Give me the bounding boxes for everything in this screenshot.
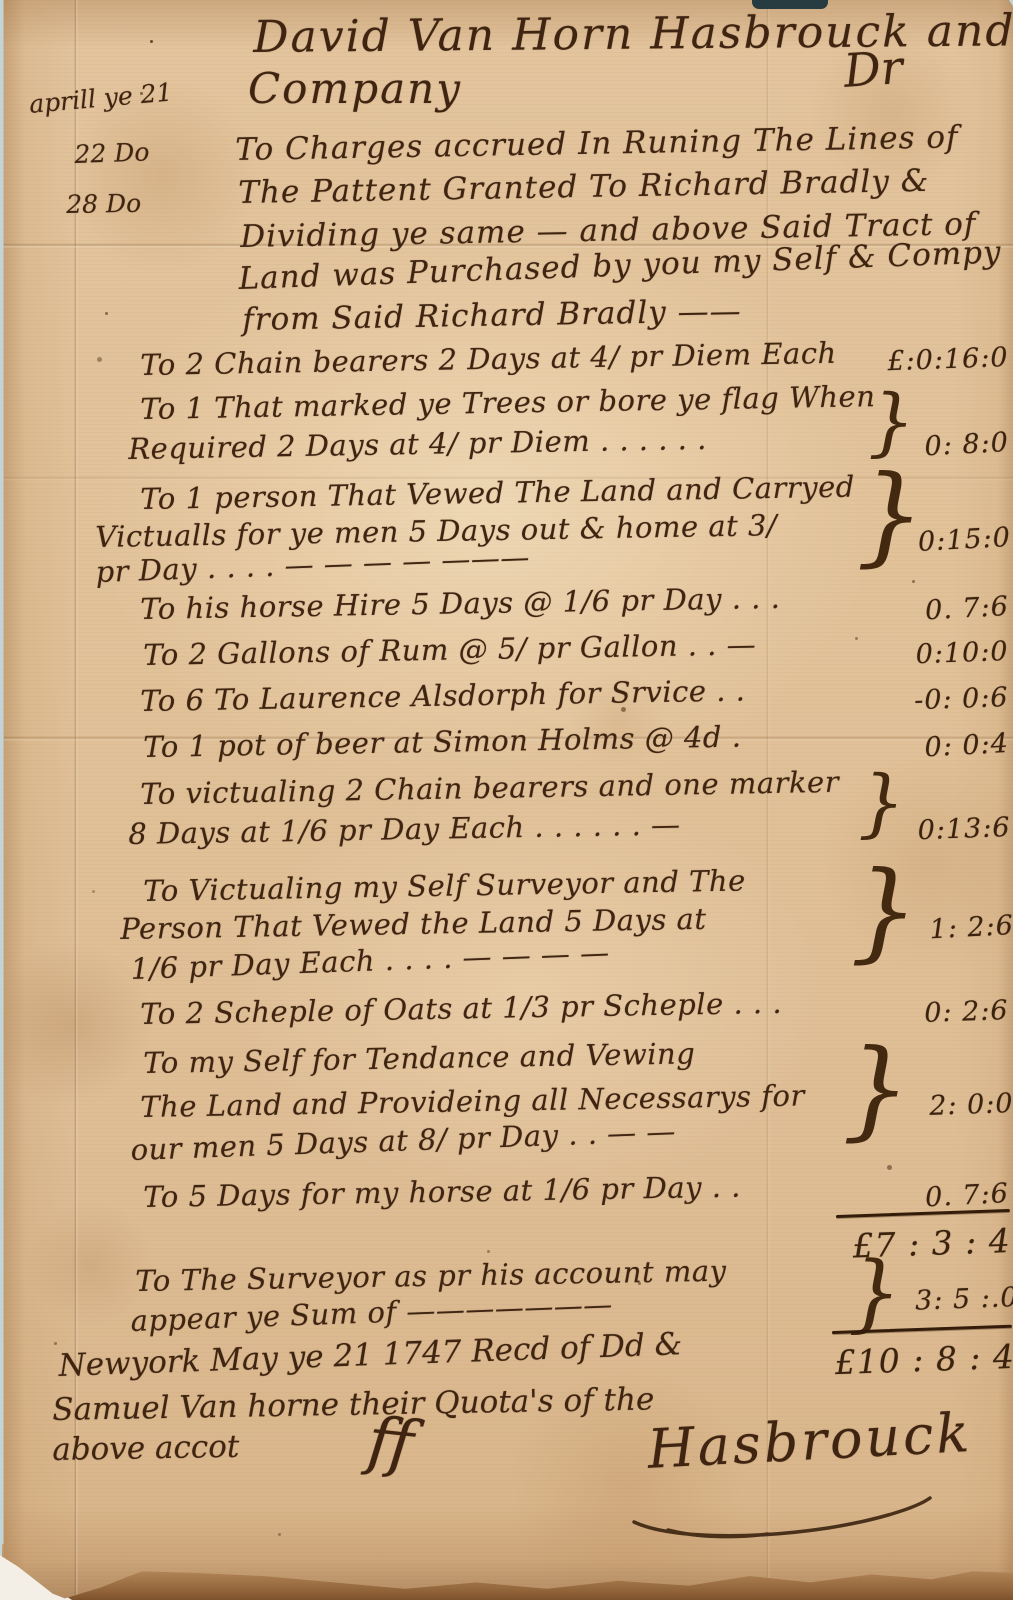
signature: Hasbrouck xyxy=(646,1401,973,1481)
manuscript-paper: David Van Horn Hasbrouck and Company Dr … xyxy=(0,0,1013,1600)
charge-entry-line: To his horse Hire 5 Days @ 1/6 pr Day . … xyxy=(140,581,781,626)
curly-brace: } xyxy=(850,858,919,966)
penmanship-flourish: ff xyxy=(364,1404,417,1482)
margin-date: aprill ye 21 xyxy=(28,77,173,118)
signature-flourish xyxy=(628,1492,938,1540)
charge-entry-line: Person That Vewed the Land 5 Days at xyxy=(120,902,707,946)
margin-date: 28 Do xyxy=(66,189,141,219)
charge-amount: 0:10:0 xyxy=(838,636,1009,673)
grand-total-amount: £10 : 8 : 4 xyxy=(834,1337,1011,1382)
intro-line: from Said Richard Bradly —— xyxy=(242,293,742,338)
charge-entry-line: To 6 To Laurence Alsdorph for Srvice . . xyxy=(140,673,746,718)
margin-date: 22 Do xyxy=(74,137,150,169)
receipt-line: Samuel Van horne their Quota's of the xyxy=(52,1381,655,1428)
charge-entry-line: To 1 pot of beer at Simon Holms @ 4d . xyxy=(143,720,742,764)
charge-entry-line: Required 2 Days at 4/ pr Diem . . . . . … xyxy=(128,422,707,466)
charge-entry-line: To 2 Gallons of Rum @ 5/ pr Gallon . . — xyxy=(143,627,756,672)
ink-specks xyxy=(150,40,153,43)
charge-amount: 3: 5 :.0 xyxy=(848,1282,1013,1319)
charge-amount: 0:13:6 xyxy=(840,812,1011,849)
top-edge-fragment xyxy=(752,0,828,9)
charge-amount: 2: 0:0 xyxy=(843,1088,1013,1125)
surveyor-entry-line: To The Surveyor as pr his account may xyxy=(135,1254,727,1298)
company-line: Company xyxy=(248,64,462,113)
charge-amount: 0. 7:6 xyxy=(838,591,1009,631)
intro-line: To Charges accrued In Runing The Lines o… xyxy=(235,119,959,168)
charge-entry-line: 8 Days at 1/6 pr Day Each . . . . . . — xyxy=(128,807,681,851)
curly-brace: } xyxy=(842,1036,911,1144)
charge-entry-line: To Victualing my Self Surveyor and The xyxy=(143,863,746,908)
charge-entry-line: To victualing 2 Chain bearers and one ma… xyxy=(140,765,839,811)
charge-entry-line: The Land and Provideing all Necessarys f… xyxy=(140,1078,805,1124)
charge-amount: £:0:16:0 xyxy=(838,342,1009,379)
charge-amount: -0: 0:6 xyxy=(838,682,1009,719)
charge-entry-line: To 5 Days for my horse at 1/6 pr Day . . xyxy=(143,1170,741,1214)
charge-entry-line: To my Self for Tendance and Vewing xyxy=(143,1036,696,1080)
charge-entry-line: To 2 Chain bearers 2 Days at 4/ pr Diem … xyxy=(140,336,837,382)
scanned-document: David Van Horn Hasbrouck and Company Dr … xyxy=(0,0,1013,1600)
debit-abbreviation: Dr xyxy=(842,40,904,98)
receipt-line: above accot xyxy=(52,1429,240,1468)
intro-line: The Pattent Granted To Richard Bradly & xyxy=(238,163,930,211)
charge-entry-line: To 2 Scheple of Oats at 1/3 pr Scheple .… xyxy=(140,986,782,1031)
